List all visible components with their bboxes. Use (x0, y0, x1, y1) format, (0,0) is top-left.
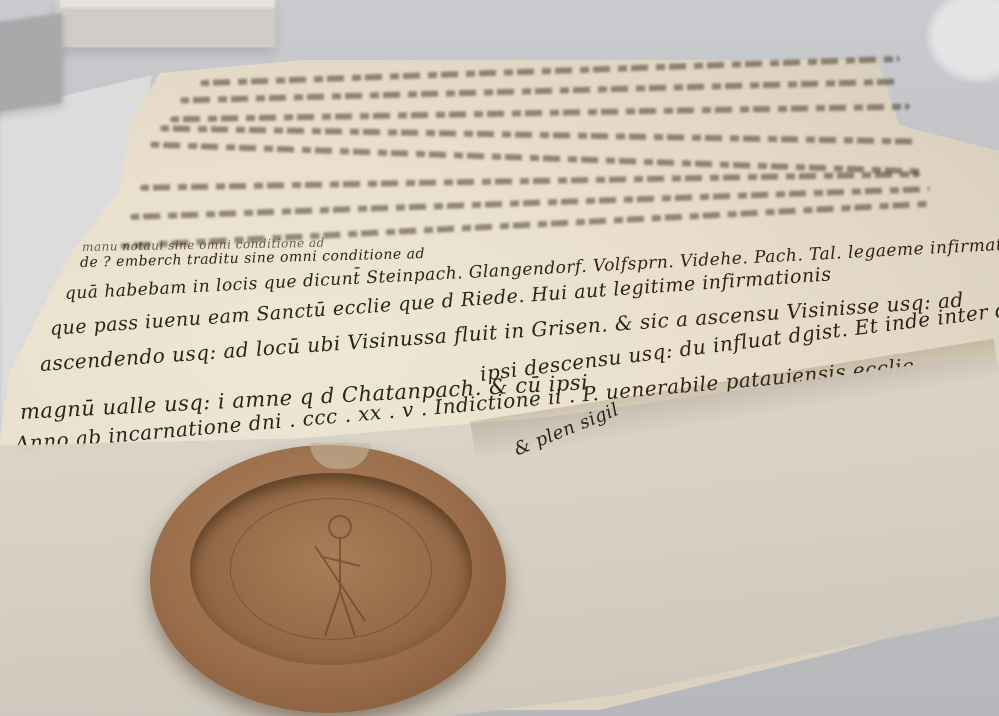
photo-scene: manu notaui sine omni conditione ad de ?… (0, 0, 999, 716)
paper-stack-top (60, 0, 275, 8)
blurred-script-region (140, 60, 930, 240)
standing-figure-icon (310, 511, 370, 641)
wax-seal (150, 445, 506, 713)
grey-box (0, 13, 62, 113)
seal-face (190, 473, 472, 665)
bowl (927, 0, 999, 82)
